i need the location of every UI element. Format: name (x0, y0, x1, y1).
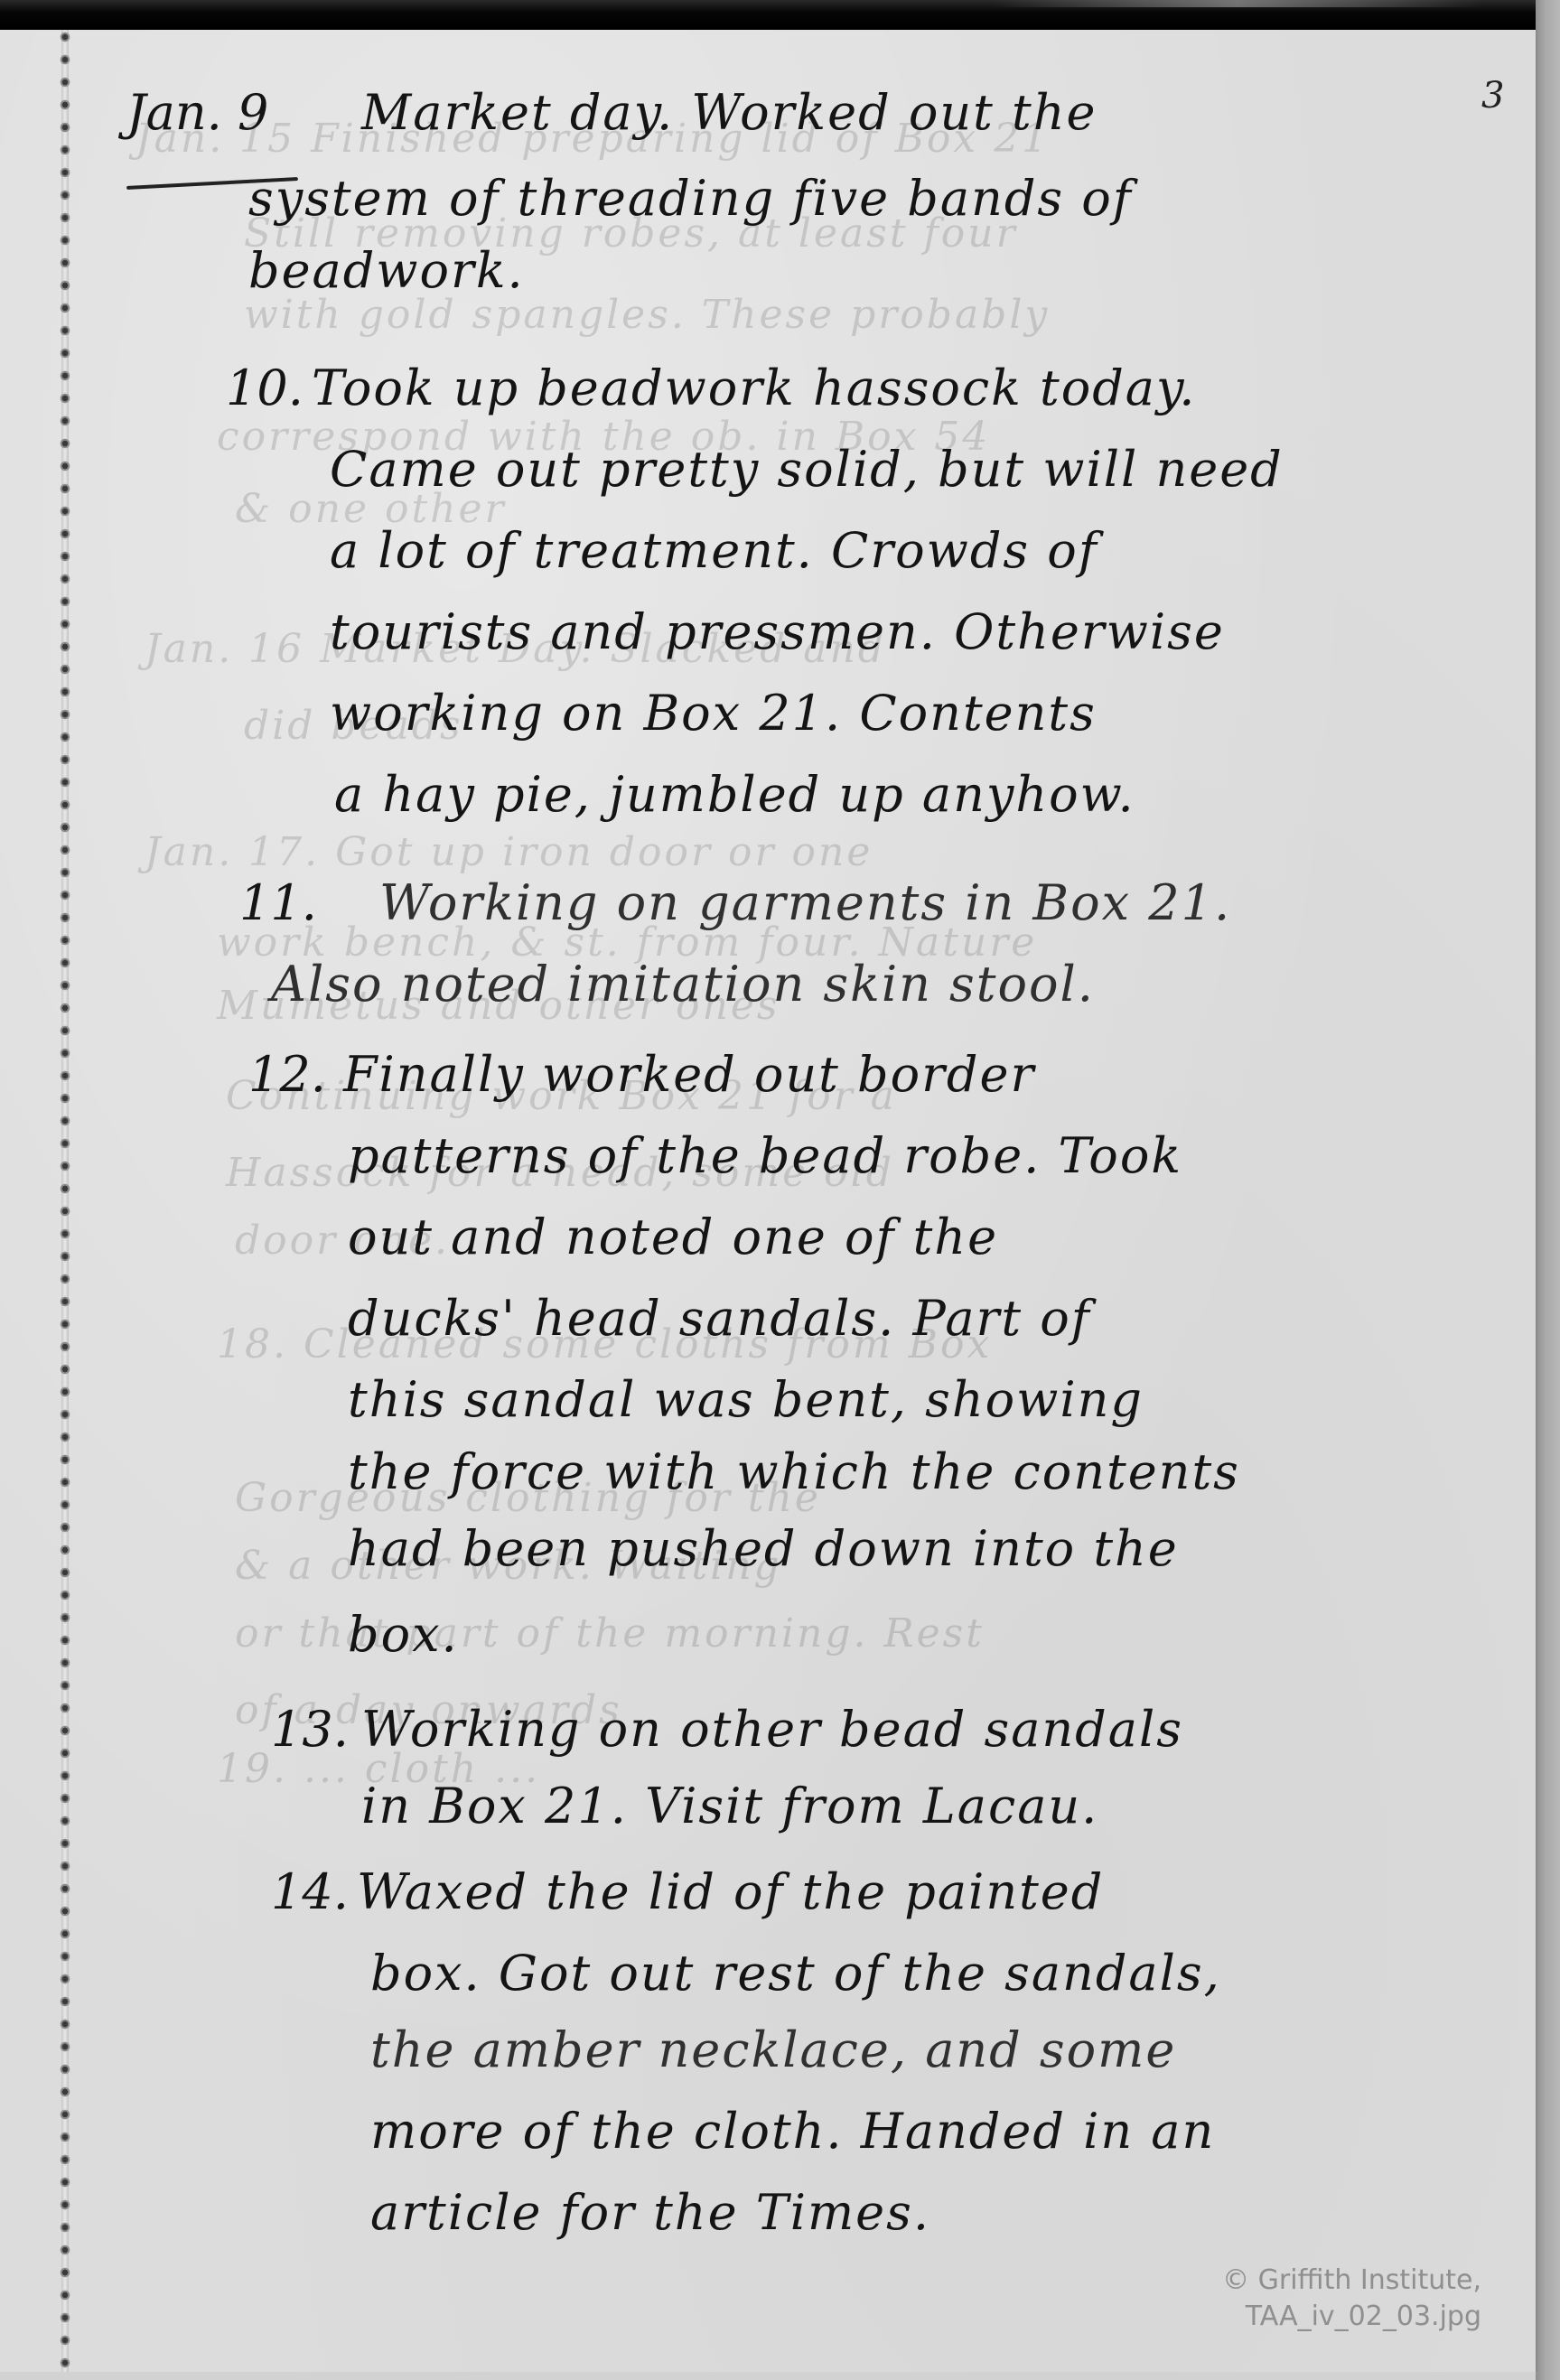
scanner-bottom-strip (0, 2372, 1536, 2380)
entry-line: ducks' head sandals. Part of (348, 1290, 1091, 1347)
entry-line: out and noted one of the (348, 1209, 998, 1265)
entry-line: Working on garments in Box 21. (379, 874, 1231, 931)
perforation-line (61, 30, 69, 2372)
entry-date: 11. (239, 874, 317, 931)
entry-line: in Box 21. Visit from Lacau. (361, 1778, 1098, 1834)
scanner-top-band (0, 0, 1560, 31)
entry-date: 12. (248, 1046, 326, 1103)
entry-line: Came out pretty solid, but will need (330, 441, 1284, 498)
entry-line: Waxed the lid of the painted (357, 1863, 1104, 1920)
entry-line: more of the cloth. Handed in an (370, 2103, 1215, 2160)
entry-line: patterns of the bead robe. Took (348, 1127, 1182, 1184)
entry-date: 10. (226, 359, 304, 416)
entry-line: Took up beadwork hassock today. (312, 359, 1196, 416)
entry-date: Jan. 9 (126, 84, 268, 141)
entry-line: Working on other bead sandals (361, 1701, 1183, 1758)
entry-line: the amber necklace, and some (370, 2021, 1176, 2078)
entry-date: 14. (271, 1863, 349, 1920)
entry-line: had been pushed down into the (348, 1520, 1179, 1577)
entry-line: system of threading five bands of (248, 170, 1133, 227)
entry-line: a lot of treatment. Crowds of (330, 522, 1098, 579)
entry-line: article for the Times. (370, 2184, 930, 2241)
entry-date: 13. (271, 1701, 349, 1758)
notebook-page: Jan. 15 Finished preparing lid of Box 21… (0, 30, 1537, 2374)
bleed-through-line: Jan. 17. Got up iron door or one (145, 829, 873, 875)
entry-line: beadwork. (248, 242, 525, 299)
entry-line: box. Got out rest of the sandals, (370, 1945, 1221, 2002)
copyright-watermark: © Griffith Institute, TAA_iv_02_03.jpg (1156, 2263, 1481, 2335)
entry-line: the force with which the contents (348, 1443, 1240, 1500)
entry-line: a hay pie, jumbled up anyhow. (334, 766, 1135, 823)
entry-line: this sandal was bent, showing (348, 1371, 1144, 1428)
top-band-highlight (994, 0, 1481, 7)
entry-line: box. (348, 1606, 459, 1663)
perforation-holes (60, 32, 70, 2371)
page-edge-shadow (1536, 0, 1560, 2380)
entry-line: working on Box 21. Contents (330, 685, 1097, 742)
entry-line: tourists and pressmen. Otherwise (330, 603, 1225, 660)
entry-line: Finally worked out border (343, 1046, 1035, 1103)
entry-line: Market day. Worked out the (361, 84, 1097, 141)
watermark-filename: TAA_iv_02_03.jpg (1156, 2299, 1481, 2335)
watermark-copyright: © Griffith Institute, (1156, 2263, 1481, 2299)
page-number: 3 (1481, 75, 1504, 117)
entry-line: Also noted imitation skin stool. (271, 956, 1095, 1013)
